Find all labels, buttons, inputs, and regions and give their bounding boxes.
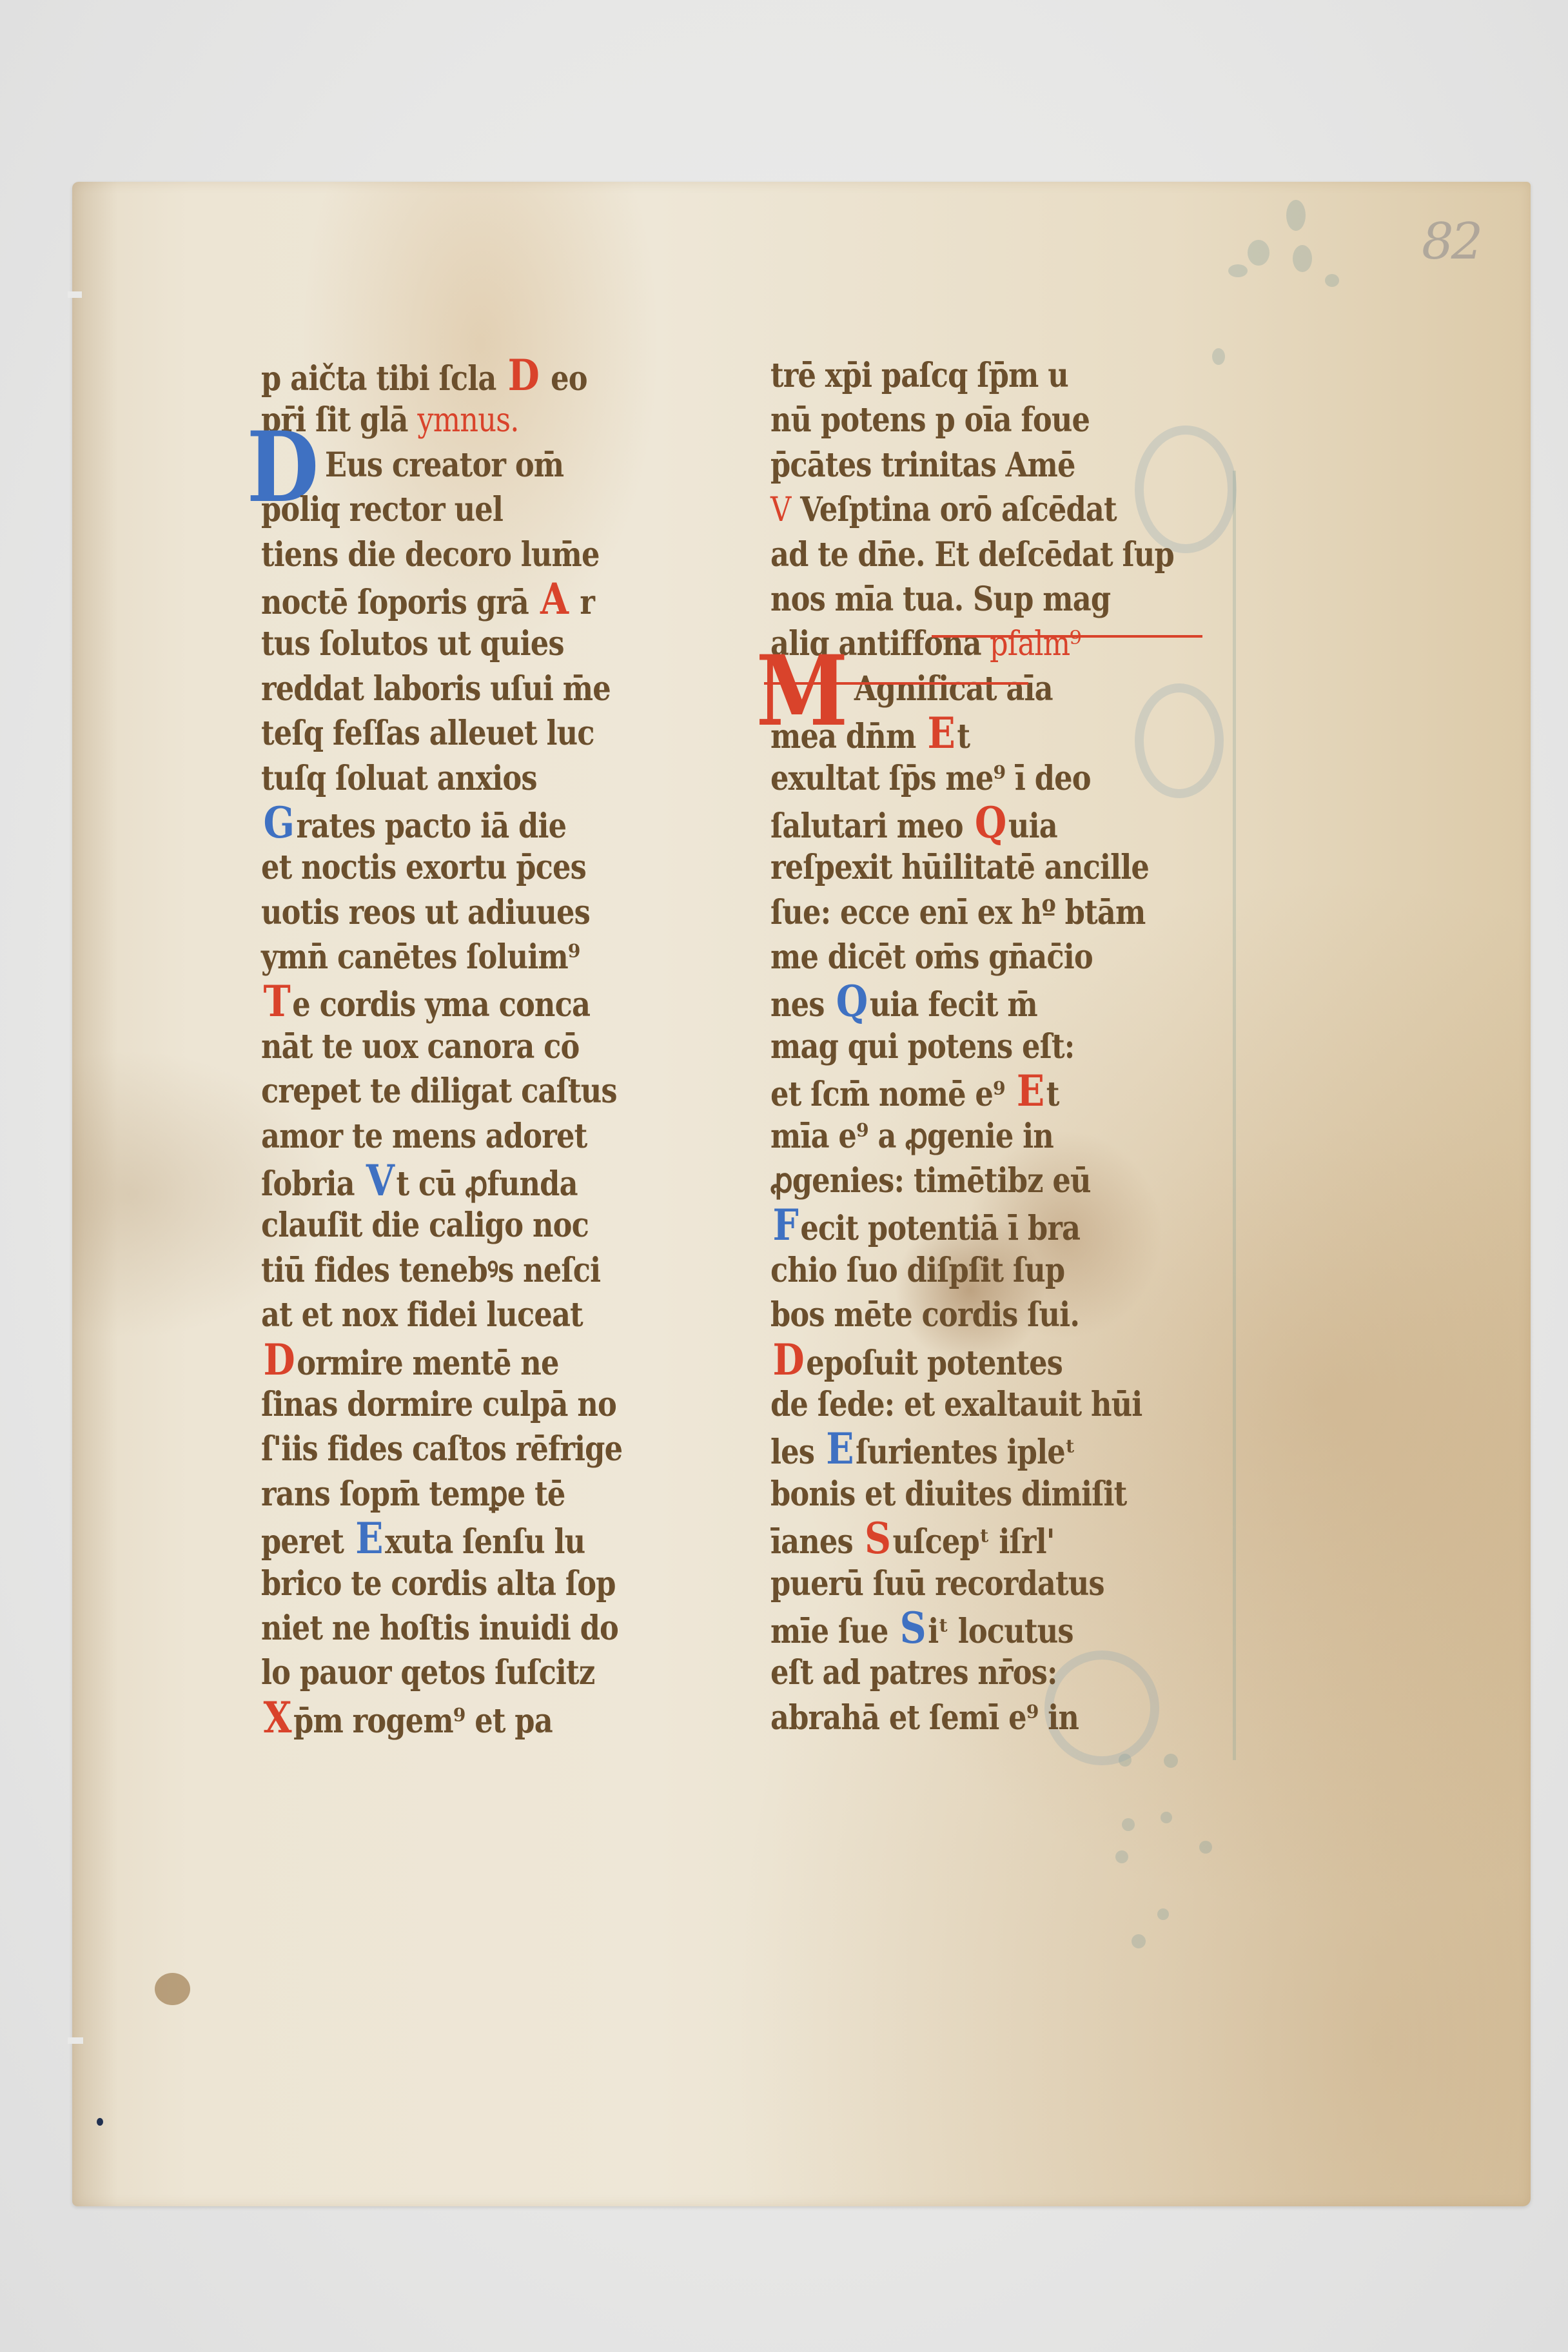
- folio-number: 82: [1422, 213, 1480, 271]
- line-text: eſt ad patres nr̄os:: [770, 1653, 1057, 1692]
- offset-decoration-dot: [1122, 1818, 1135, 1831]
- line-text: mīe ſue: [770, 1612, 897, 1651]
- offset-decoration-dot: [1115, 1850, 1128, 1863]
- manuscript-line: ſ'iis fides caſtos rēfrige: [261, 1427, 660, 1471]
- rubric-text: ymnus.: [417, 401, 518, 440]
- offset-decoration-dot: [1325, 274, 1339, 287]
- line-text: crepet te diligat caſtus: [261, 1072, 617, 1111]
- manuscript-line: tuſq ſoluat anxios: [261, 756, 660, 801]
- line-text: rans ſopm̄ temꝑe tē: [261, 1475, 565, 1514]
- line-text: ſalutari meo: [770, 807, 972, 846]
- manuscript-line: reddat laboris uſui m̄e: [261, 667, 660, 711]
- manuscript-line: peret Exuta ſenſu lu: [261, 1516, 660, 1561]
- offset-decoration-dot: [1293, 245, 1312, 272]
- manuscript-line: Depoſuit potentes: [770, 1338, 1153, 1382]
- line-text: iᵗ locutus: [928, 1612, 1073, 1651]
- manuscript-line: nes Quia fecit m̄: [770, 979, 1153, 1024]
- manuscript-line: mag qui potens eſt:: [770, 1024, 1153, 1069]
- manuscript-line: brico te cordis alta ſop: [261, 1562, 660, 1606]
- decorated-initial: S: [863, 1516, 893, 1561]
- line-text: ſ'iis fides caſtos rēfrige: [261, 1429, 622, 1469]
- line-text: noctē ſoporis grā: [261, 583, 538, 622]
- manuscript-line: puerū ſuū recordatus: [770, 1562, 1153, 1606]
- manuscript-line: niet ne hoſtis inuidi do: [261, 1606, 660, 1651]
- manuscript-line: trē xp̄i paſcq ſp̄m u: [770, 353, 1153, 398]
- manuscript-line: tiū fides tenebꝰs neſci: [261, 1248, 660, 1293]
- line-text: eo: [541, 359, 587, 398]
- line-text: epoſuit potentes: [806, 1344, 1063, 1383]
- line-text: p̄m rogem⁹ et pa: [293, 1701, 553, 1741]
- line-text: mag qui potens eſt:: [770, 1027, 1074, 1066]
- manuscript-line: pr̄i ſit glā ymnus.: [261, 398, 660, 442]
- manuscript-line: ſinas dormire culpā no: [261, 1382, 660, 1427]
- ruling-line: [1233, 471, 1236, 1760]
- offset-decoration-dot: [1199, 1841, 1212, 1854]
- rubric-underline: [764, 682, 1028, 685]
- text-column-right: trē xp̄i paſcq ſp̄m unū potens p oīa fou…: [770, 353, 1215, 1740]
- manuscript-line: ſalutari meo Quia: [770, 801, 1153, 845]
- rubric-underline: [932, 635, 1202, 638]
- manuscript-line: tus ſolutos ut quies: [261, 622, 660, 666]
- line-text: nū potens p oīa foue: [770, 400, 1090, 440]
- offset-decoration-dot: [1248, 240, 1269, 266]
- manuscript-line: chio ſuo diſpſit ſup: [770, 1248, 1153, 1293]
- manuscript-line: amor te mens adoret: [261, 1114, 660, 1159]
- line-text: p̄cātes trinitas Amē: [770, 446, 1075, 485]
- line-text: xuta ſenſu lu: [385, 1522, 585, 1562]
- manuscript-line: teſq feſſas alleuet luc: [261, 711, 660, 756]
- line-text: poliq rector uel: [261, 490, 503, 529]
- offset-decoration-dot: [1161, 1812, 1172, 1823]
- line-text: tuſq ſoluat anxios: [261, 759, 537, 798]
- decorated-initial: E: [925, 711, 957, 756]
- line-text: ad te dn̄e. Et deſcēdat ſup: [770, 535, 1174, 574]
- line-text: lo pauor qetos ſuſcitz: [261, 1653, 594, 1692]
- manuscript-line: p aičta tibi ſcla D eo: [261, 353, 660, 398]
- decorated-initial: G: [261, 801, 297, 845]
- offset-decoration-dot: [1164, 1754, 1178, 1768]
- manuscript-line: p̄cātes trinitas Amē: [770, 443, 1153, 487]
- line-text: tiū fides tenebꝰs neſci: [261, 1251, 600, 1290]
- line-text: brico te cordis alta ſop: [261, 1564, 616, 1603]
- ink-spot: [97, 2118, 103, 2126]
- manuscript-line: ad te dn̄e. Et deſcēdat ſup: [770, 533, 1153, 577]
- manuscript-line: exultat ſp̄s me⁹ ī deo: [770, 756, 1153, 801]
- line-text: reddat laboris uſui m̄e: [261, 669, 611, 709]
- manuscript-line: ſobria Vt cū ꝓfunda: [261, 1159, 660, 1203]
- line-text: ſurientes ipleᵗ: [856, 1433, 1075, 1472]
- line-text: exultat ſp̄s me⁹ ī deo: [770, 759, 1091, 798]
- line-text: p aičta tibi ſcla: [261, 359, 505, 398]
- manuscript-line: īanes Suſcepᵗ iſrl': [770, 1516, 1153, 1561]
- line-text: ſue: ecce enī ex hº btām: [770, 893, 1145, 932]
- line-text: ſinas dormire culpā no: [261, 1385, 616, 1424]
- manuscript-line: MAgnificat aīa: [770, 667, 1153, 711]
- line-text: nes: [770, 985, 834, 1024]
- decorated-initial: A: [538, 577, 571, 622]
- decorated-initial: T: [261, 979, 292, 1024]
- line-text: bos mēte cordis ſui.: [770, 1295, 1079, 1335]
- line-text: abrahā et ſemī e⁹ in: [770, 1698, 1079, 1738]
- line-text: tus ſolutos ut quies: [261, 624, 564, 663]
- line-text: me dicēt om̄s gn̄ac̄io: [770, 937, 1093, 977]
- line-text: r: [571, 583, 594, 622]
- line-text: les: [770, 1433, 824, 1472]
- line-text: ecit potentiā ī bra: [800, 1209, 1080, 1248]
- line-text: trē xp̄i paſcq ſp̄m u: [770, 356, 1068, 395]
- manuscript-line: nū potens p oīa foue: [770, 398, 1153, 442]
- line-text: īanes: [770, 1522, 863, 1562]
- offset-decoration-dot: [1286, 200, 1306, 231]
- line-text: ſobria: [261, 1164, 364, 1204]
- manuscript-line: mīa e⁹ a ꝓgenie in: [770, 1114, 1153, 1159]
- binding-notch: [68, 2037, 83, 2044]
- manuscript-line: me dicēt om̄s gn̄ac̄io: [770, 935, 1153, 979]
- line-text: peret: [261, 1522, 353, 1562]
- decorated-initial: Q: [972, 801, 1008, 845]
- line-text: niet ne hoſtis inuidi do: [261, 1609, 618, 1648]
- line-text: puerū ſuū recordatus: [770, 1564, 1104, 1603]
- line-text: t: [1046, 1075, 1059, 1114]
- manuscript-line: DEus creator om̄: [261, 443, 660, 487]
- manuscript-line: Grates pacto iā die: [261, 801, 660, 845]
- line-text: uia: [1008, 807, 1057, 846]
- line-text: at et nox fidei luceat: [261, 1295, 583, 1335]
- manuscript-line: abrahā et ſemī e⁹ in: [770, 1696, 1153, 1740]
- manuscript-line: eſt ad patres nr̄os:: [770, 1651, 1153, 1695]
- manuscript-line: nāt te uox canora cō: [261, 1024, 660, 1069]
- line-text: uſcepᵗ iſrl': [893, 1522, 1055, 1562]
- line-text: ormire mentē ne: [297, 1344, 558, 1383]
- decorated-initial: D: [770, 1338, 806, 1382]
- manuscript-line: les Eſurientes ipleᵗ: [770, 1427, 1153, 1471]
- line-text: teſq feſſas alleuet luc: [261, 714, 594, 753]
- decorated-initial: D: [261, 1338, 297, 1382]
- rubric-text: pſalm⁹: [981, 625, 1081, 663]
- decorated-initial: F: [770, 1203, 800, 1248]
- line-text: e cordis yma conca: [292, 985, 590, 1024]
- water-stain: [155, 1973, 190, 2005]
- manuscript-line: at et nox fidei luceat: [261, 1293, 660, 1337]
- manuscript-line: et ſcm̄ nomē e⁹ Et: [770, 1069, 1153, 1113]
- text-column-left: p aičta tibi ſcla D eopr̄i ſit glā ymnus…: [261, 353, 725, 1740]
- decorated-initial: E: [353, 1516, 385, 1561]
- manuscript-line: Xp̄m rogem⁹ et pa: [261, 1696, 660, 1740]
- line-text: amor te mens adoret: [261, 1117, 587, 1156]
- manuscript-line: nos mīa tua. Sup mag: [770, 577, 1153, 622]
- manuscript-line: Fecit potentiā ī bra: [770, 1203, 1153, 1248]
- manuscript-line: mea dn̄m Et: [770, 711, 1153, 756]
- line-text: bonis et diuites dimiſit: [770, 1475, 1126, 1514]
- decorated-initial: D: [505, 353, 541, 398]
- manuscript-line: Te cordis yma conca: [261, 979, 660, 1024]
- binding-notch: [68, 291, 82, 298]
- manuscript-line: Dormire mentē ne: [261, 1338, 660, 1382]
- rubric-text: V: [770, 491, 790, 529]
- manuscript-line: rans ſopm̄ temꝑe tē: [261, 1472, 660, 1516]
- manuscript-line: tiens die decoro lum̄e: [261, 533, 660, 577]
- manuscript-line: clauſit die caligo noc: [261, 1203, 660, 1248]
- line-text: uotis reos ut adiuues: [261, 893, 590, 932]
- line-text: Sup mag: [973, 580, 1110, 619]
- decorated-initial: V: [364, 1159, 396, 1203]
- manuscript-line: reſpexit hūilitatē ancille: [770, 845, 1153, 890]
- line-text: mīa e⁹ a ꝓgenie in: [770, 1117, 1053, 1156]
- manuscript-line: mīe ſue Siᵗ locutus: [770, 1606, 1153, 1651]
- line-text: tiens die decoro lum̄e: [261, 535, 600, 574]
- line-text: Agnificat aīa: [854, 669, 1053, 709]
- decorated-initial: S: [897, 1606, 928, 1651]
- manuscript-line: lo pauor qetos ſuſcitz: [261, 1651, 660, 1695]
- manuscript-line: ſue: ecce enī ex hº btām: [770, 890, 1153, 935]
- manuscript-line: crepet te diligat caſtus: [261, 1069, 660, 1113]
- line-text: rates pacto iā die: [297, 807, 567, 846]
- manuscript-line: et noctis exortu p̄ces: [261, 845, 660, 890]
- manuscript-line: noctē ſoporis grā A r: [261, 577, 660, 622]
- manuscript-line: poliq rector uel: [261, 487, 660, 532]
- line-text: uia fecit m̄: [870, 985, 1037, 1024]
- line-text: t: [957, 717, 970, 756]
- line-text: nāt te uox canora cō: [261, 1027, 579, 1066]
- decorated-initial: X: [261, 1696, 293, 1740]
- line-text: ymn̄ canētes ſoluim⁹: [261, 937, 580, 977]
- offset-decoration-dot: [1157, 1908, 1169, 1920]
- line-text: et ſcm̄ nomē e⁹: [770, 1075, 1014, 1114]
- line-text: ꝓgenies: timētibz eū: [770, 1161, 1091, 1200]
- manuscript-line: de ſede: et exaltauit hūi: [770, 1382, 1153, 1427]
- manuscript-line: bonis et diuites dimiſit: [770, 1472, 1153, 1516]
- line-text: mea dn̄m: [770, 717, 925, 756]
- line-text: Eus creator om̄: [325, 446, 563, 485]
- line-text: Veſptina orō aſcēdat: [790, 490, 1116, 529]
- manuscript-line: uotis reos ut adiuues: [261, 890, 660, 935]
- manuscript-line: ꝓgenies: timētibz eū: [770, 1159, 1153, 1203]
- manuscript-line: bos mēte cordis ſui.: [770, 1293, 1153, 1337]
- decorated-initial: E: [824, 1427, 856, 1471]
- decorated-initial: Q: [834, 979, 869, 1024]
- decorated-initial: E: [1014, 1069, 1046, 1113]
- line-text: nos mīa tua.: [770, 580, 973, 619]
- line-text: t cū ꝓfunda: [396, 1164, 577, 1204]
- manuscript-line: ymn̄ canētes ſoluim⁹: [261, 935, 660, 979]
- manuscript-line: V Veſptina orō aſcēdat: [770, 487, 1153, 532]
- line-text: chio ſuo diſpſit ſup: [770, 1251, 1064, 1290]
- offset-decoration-dot: [1228, 264, 1248, 277]
- line-text: et noctis exortu p̄ces: [261, 848, 586, 887]
- offset-decoration-dot: [1132, 1934, 1146, 1948]
- line-text: clauſit die caligo noc: [261, 1206, 589, 1245]
- line-text: de ſede: et exaltauit hūi: [770, 1385, 1142, 1424]
- line-text: reſpexit hūilitatē ancille: [770, 848, 1149, 887]
